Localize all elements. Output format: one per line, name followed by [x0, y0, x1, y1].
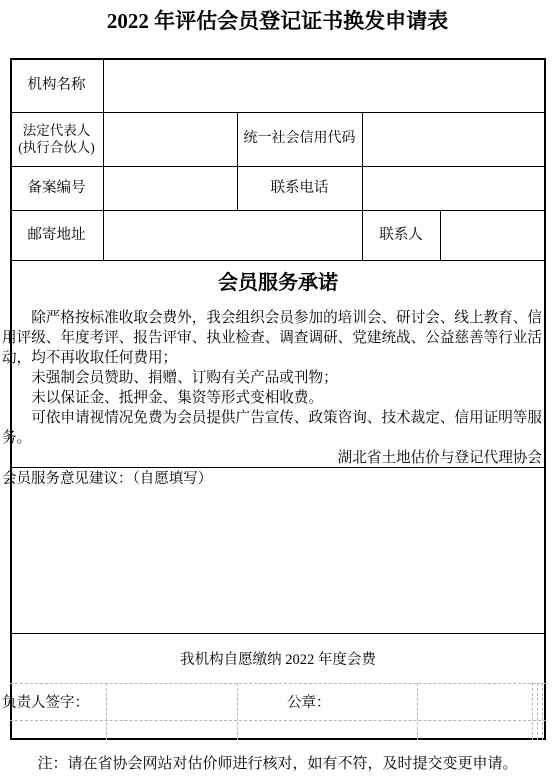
commitment-paragraph: 未以保证金、抵押金、集资等形式变相收费。 [2, 388, 542, 408]
dashed-grid-line-v6 [542, 683, 543, 740]
page-title: 2022 年评估会员登记证书换发申请表 [0, 6, 555, 36]
address-label: 邮寄地址 [10, 210, 103, 260]
dashed-grid-line-v5 [537, 683, 538, 740]
commitment-text: 除严格按标准收取会费外，我会组织会员参加的培训会、研讨会、线上教育、信用评级、年… [2, 308, 542, 468]
seal-input-cell[interactable] [418, 684, 531, 719]
contact-input-cell[interactable] [441, 211, 545, 259]
suggestion-label: 会员服务意见建议：（自愿填写） [2, 470, 542, 489]
filing-no-input-cell[interactable] [104, 167, 236, 209]
filing-no-label: 备案编号 [10, 166, 103, 210]
sign-label: 负责人签字： [2, 683, 89, 720]
sign-input-cell[interactable] [107, 684, 236, 719]
footer-note: 注：请在省协会网站对估价师进行核对，如有不符，及时提交变更申请。 [0, 752, 555, 773]
org-name-input-cell[interactable] [104, 59, 545, 111]
commitment-paragraph: 除严格按标准收取会费外，我会组织会员参加的培训会、研讨会、线上教育、信用评级、年… [2, 308, 542, 368]
credit-code-input-cell[interactable] [363, 113, 545, 165]
seal-label: 公章： [237, 683, 417, 720]
fee-statement: 我机构自愿缴纳 2022 年度会费 [10, 633, 546, 683]
phone-input-cell[interactable] [363, 167, 545, 209]
legal-rep-label-text: 法定代表人(执行合伙人) [18, 122, 95, 156]
phone-label: 联系电话 [237, 166, 362, 210]
legal-rep-label: 法定代表人(执行合伙人) [10, 112, 103, 166]
commitment-paragraph: 可依申请视情况免费为会员提供广告宣传、政策咨询、技术裁定、信用证明等服务。 [2, 408, 542, 448]
org-name-label: 机构名称 [10, 58, 103, 112]
address-input-cell[interactable] [104, 211, 361, 259]
suggestion-input-area[interactable] [11, 492, 545, 632]
legal-rep-input-cell[interactable] [104, 113, 236, 165]
grid-line-h4 [10, 260, 546, 261]
credit-code-label: 统一社会信用代码 [237, 112, 362, 166]
contact-label: 联系人 [362, 210, 440, 260]
dashed-grid-line-v4 [532, 683, 533, 740]
commitment-paragraph: 未强制会员赞助、捐赠、订购有关产品或刊物； [2, 368, 542, 388]
dashed-grid-line-h2 [10, 720, 546, 721]
commitment-heading: 会员服务承诺 [10, 266, 546, 295]
commitment-signature-org: 湖北省土地估价与登记代理协会 [2, 448, 542, 468]
